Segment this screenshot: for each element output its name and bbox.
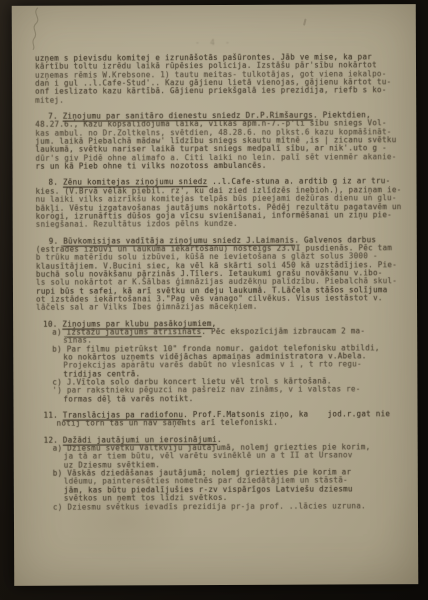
text-line: mitej.	[35, 95, 403, 105]
text-line: ls solu nokārtot ar K.Šālbas ģimnāzijas …	[36, 277, 404, 287]
paragraph-12: 12. Dažādi jautājumi un ierosinājumi. a)…	[37, 435, 405, 512]
page-number: - 4 -	[12, 37, 416, 48]
text-line: c) Dziesmu svētkus ievadīs prezidija pr-…	[37, 502, 405, 512]
typewritten-text: uzņem s pievisdu komitej e izrunāšotās p…	[35, 53, 405, 519]
text-line: ldēumu, painteresēties nometnēs par dzie…	[37, 477, 405, 487]
text-line: sniegšanai. Rezultātus izdos pēlns kundz…	[36, 219, 404, 229]
paragraph-9: 9. Būvkomisijas vadītāja ziņojumu sniedz…	[36, 236, 404, 313]
paper-sheet: - 4 - uzņem s pievisdu komitej e izrunāš…	[12, 4, 419, 586]
paragraph-11: 11. Translācijas pa radiofonu. Prof.F.Ma…	[37, 410, 405, 428]
paragraph-10: 10. Ziņojums par klubu pasākojumiem, a) …	[36, 319, 404, 404]
text-line: lāčels sal ar Vilks Ibes ģimnāzijas māce…	[36, 302, 404, 312]
paragraph-8: 8. Zēnu komitejas ziņojumu sniedz ..l.Ca…	[35, 178, 403, 230]
ink-tick-mark	[303, 18, 307, 25]
text-line: notij torn tās un nav saņemts arī telefo…	[37, 419, 405, 429]
text-line: rs un kā Pieb ohne ti vilks nozotoss amb…	[35, 161, 403, 171]
text-line: dūr's giv Pidē ohne alimafo a. Citi laik…	[35, 153, 403, 163]
text-line: formas dēļ tā varēs notikt.	[36, 394, 404, 404]
scanned-document: - 4 - uzņem s pievisdu komitej e izrunāš…	[0, 0, 428, 600]
text-line: Projekcijas aparātu varēs dabūt no viesn…	[36, 361, 404, 371]
paragraph-7: 7. Ziņojumu par sanitāro dienestu sniedz…	[35, 111, 403, 171]
paragraph-continuation: uzņem s pievisdu komitej e izrunāšotās p…	[35, 53, 403, 105]
